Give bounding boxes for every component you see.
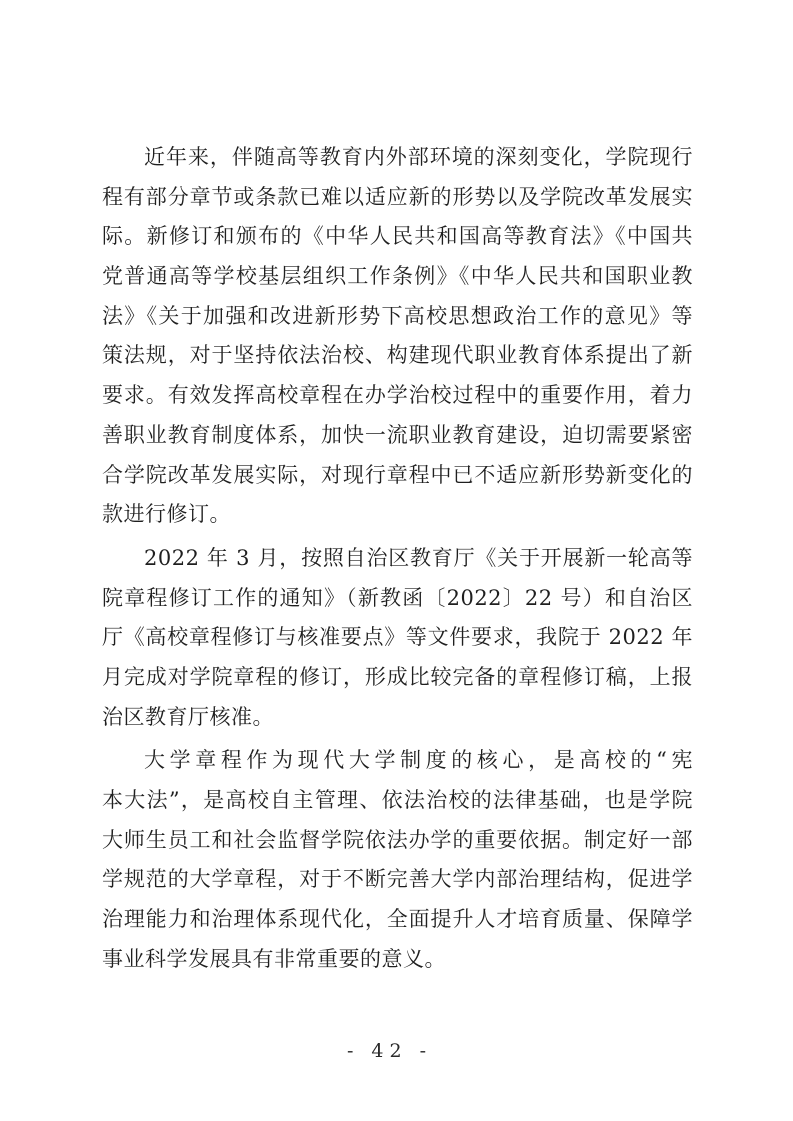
paragraph: 近年来，伴随高等教育内外部环境的深刻变化，学院现行章程有部分章节或条款已难以适应… (102, 138, 693, 535)
paragraph: 2022 年 3 月，按照自治区教育厅《关于开展新一轮高等学院章程修订工作的通知… (102, 539, 693, 737)
text-line: 月完成对学院章程的修订，形成比较完备的章程修订稿，上报自 (102, 658, 693, 698)
text-line: 近年来，伴随高等教育内外部环境的深刻变化，学院现行章 (102, 138, 693, 178)
document-body: 近年来，伴随高等教育内外部环境的深刻变化，学院现行章程有部分章节或条款已难以适应… (102, 138, 693, 979)
text-line: 治区教育厅核准。 (102, 698, 693, 738)
text-line: 院章程修订工作的通知》（新教函〔2022〕22 号）和自治区教育 (102, 579, 693, 619)
text-line: 款进行修订。 (102, 495, 693, 535)
text-line: 要求。有效发挥高校章程在办学治校过程中的重要作用，着力完 (102, 376, 693, 416)
paragraph: 大学章程作为现代大学制度的核心，是高校的“宪法”和“基本大法”，是高校自主管理、… (102, 741, 693, 979)
text-line: 际。新修订和颁布的《中华人民共和国高等教育法》《中国共产 (102, 217, 693, 257)
document-page: 近年来，伴随高等教育内外部环境的深刻变化，学院现行章程有部分章节或条款已难以适应… (0, 0, 793, 1121)
text-line: 学规范的大学章程，对于不断完善大学内部治理结构，促进学院 (102, 860, 693, 900)
text-line: 党普通高等学校基层组织工作条例》《中华人民共和国职业教育 (102, 257, 693, 297)
text-line: 程有部分章节或条款已难以适应新的形势以及学院改革发展实 (102, 178, 693, 218)
text-line: 大师生员工和社会监督学院依法办学的重要依据。制定好一部科 (102, 821, 693, 861)
text-line: 善职业教育制度体系，加快一流职业教育建设，迫切需要紧密结 (102, 416, 693, 456)
text-line: 策法规，对于坚持依法治校、构建现代职业教育体系提出了新的 (102, 336, 693, 376)
text-line: 2022 年 3 月，按照自治区教育厅《关于开展新一轮高等学 (102, 539, 693, 579)
text-line: 本大法”，是高校自主管理、依法治校的法律基础，也是学院广 (102, 781, 693, 821)
text-line: 治理能力和治理体系现代化，全面提升人才培育质量、保障学院 (102, 900, 693, 940)
text-line: 事业科学发展具有非常重要的意义。 (102, 940, 693, 980)
text-line: 合学院改革发展实际，对现行章程中已不适应新形势新变化的条 (102, 456, 693, 496)
text-line: 厅《高校章程修订与核准要点》等文件要求，我院于 2022 年 5 (102, 618, 693, 658)
page-number: - 42 - (0, 1040, 779, 1062)
text-line: 法》《关于加强和改进新形势下高校思想政治工作的意见》等政 (102, 297, 693, 337)
text-line: 大学章程作为现代大学制度的核心，是高校的“宪法”和“基 (102, 741, 693, 781)
